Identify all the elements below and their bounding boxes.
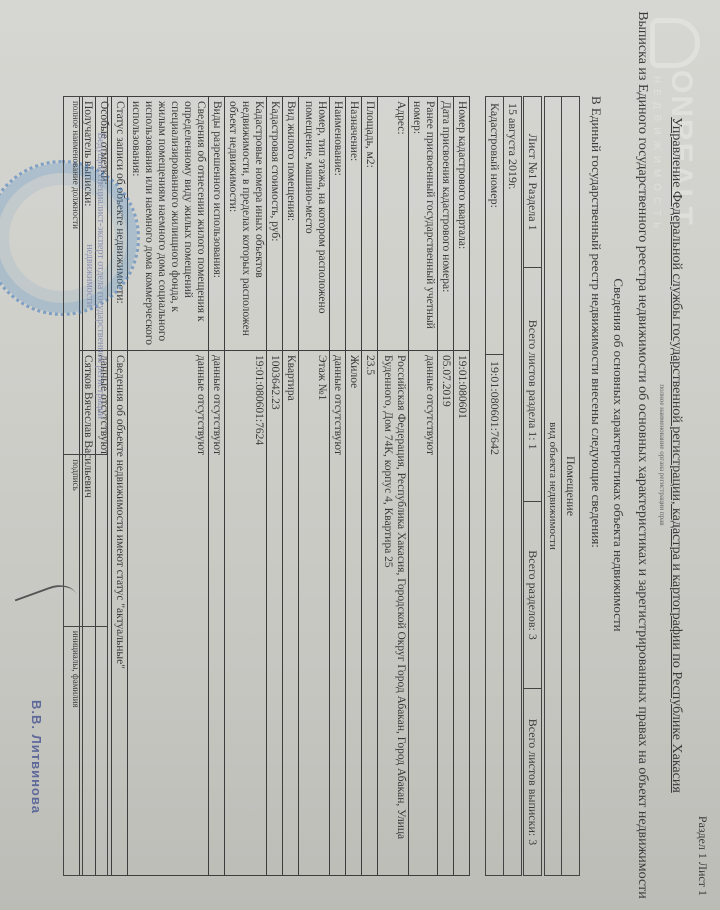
date-cadastral-table: 15 августа 2019г. Кадастровый номер: 19:… [485, 96, 522, 876]
object-type: Помещение [562, 97, 580, 876]
row-label: Наименование: [330, 97, 346, 351]
row-label: Кадастровая стоимость, руб: [267, 97, 283, 351]
cadastral-label: Кадастровый номер: [486, 97, 504, 355]
table-row: Вид жилого помещения:Квартира [283, 97, 299, 876]
document-title: Выписка из Единого государственного реес… [634, 0, 650, 910]
agency-name: Управление Федеральной службы государств… [668, 0, 684, 910]
row-label: Площадь, м2: [362, 97, 378, 351]
cadastral-value: 19:01:080601:7642 [486, 355, 504, 876]
sheets-total: Всего листов выписки: 3 [524, 689, 542, 876]
sheets-in-section: Всего листов раздела 1: 1 [524, 268, 542, 502]
extract-date: 15 августа 2019г. [504, 97, 522, 876]
table-row: Виды разрешенного использования:данные о… [209, 97, 225, 876]
row-label: Кадастровые номера иных объектов недвижи… [225, 97, 267, 351]
row-label: Виды разрешенного использования: [209, 97, 225, 351]
row-label: Назначение: [346, 97, 362, 351]
row-value: данные отсутствуют [330, 351, 346, 876]
row-label: Сведения об отнесении жилого помещения к… [128, 97, 209, 351]
document-subtitle: Сведения об основных характеристиках объ… [610, 0, 626, 910]
section-sheet-label: Раздел 1 Лист 1 [695, 816, 710, 896]
object-type-note: вид объекта недвижимости [545, 97, 562, 876]
table-row: Ранее присвоенный государственный учетны… [409, 97, 438, 876]
table-row: Номер кадастрового квартала:19:01:080601 [454, 97, 470, 876]
table-row: Кадастровые номера иных объектов недвижи… [225, 97, 267, 876]
row-label: Номер кадастрового квартала: [454, 97, 470, 351]
signer-name: В.В. Литвинова [29, 700, 44, 814]
row-value: данные отсутствуют [209, 351, 225, 876]
table-row: Кадастровая стоимость, руб:1003642.23 [267, 97, 283, 876]
row-value: Российская Федерация, Республика Хакасия… [378, 351, 409, 876]
row-value: Жилое [346, 351, 362, 876]
row-label: Ранее присвоенный государственный учетны… [409, 97, 438, 351]
row-label: Адрес: [378, 97, 409, 351]
agency-note: полное наименование органа регистрации п… [658, 0, 666, 910]
row-value: 1003642.23 [267, 351, 283, 876]
name-label: инициалы, фамилия [64, 626, 83, 875]
row-value: 05.07.2019 [438, 351, 454, 876]
position-value: Ведущий специалист-эксперт отдела госуда… [83, 97, 108, 455]
row-value: Сведения об объекте недвижимости имеют с… [112, 351, 128, 876]
characteristics-table: Номер кадастрового квартала:19:01:080601… [79, 96, 470, 876]
sheet-info-table: Лист №1 Раздела 1 Всего листов раздела 1… [523, 96, 542, 876]
table-row: Номер, тип этажа, на котором расположено… [299, 97, 330, 876]
object-type-table: Помещение вид объекта недвижимости [544, 96, 580, 876]
table-row: Адрес:Российская Федерация, Республика Х… [378, 97, 409, 876]
sections-total: Всего разделов: 3 [524, 502, 542, 689]
row-label: Номер, тип этажа, на котором расположено… [299, 97, 330, 351]
row-value: 19:01:080601:7624 [225, 351, 267, 876]
row-value: данные отсутствуют [409, 351, 438, 876]
row-value: 19:01:080601 [454, 351, 470, 876]
table-row: Наименование:данные отсутствуют [330, 97, 346, 876]
table-row: Площадь, м2:23.5 [362, 97, 378, 876]
row-value: Этаж №1 [299, 351, 330, 876]
registry-extract-page: ONREALT НЕДВИЖИМОСТЬ Раздел 1 Лист 1 Упр… [0, 0, 720, 910]
table-row: Назначение:Жилое [346, 97, 362, 876]
sheet-number: Лист №1 Раздела 1 [524, 97, 542, 268]
row-label: Дата присвоения кадастрового номера: [438, 97, 454, 351]
row-value: данные отсутствуют [128, 351, 209, 876]
row-label: Вид жилого помещения: [283, 97, 299, 351]
intro-text: В Единый государственный реестр недвижим… [588, 96, 604, 548]
table-row: Сведения об отнесении жилого помещения к… [128, 97, 209, 876]
signature-table: Ведущий специалист-эксперт отдела госуда… [63, 96, 108, 876]
row-value: Квартира [283, 351, 299, 876]
row-value: 23.5 [362, 351, 378, 876]
table-row: Дата присвоения кадастрового номера:05.0… [438, 97, 454, 876]
position-label: полное наименование должности [64, 97, 83, 455]
